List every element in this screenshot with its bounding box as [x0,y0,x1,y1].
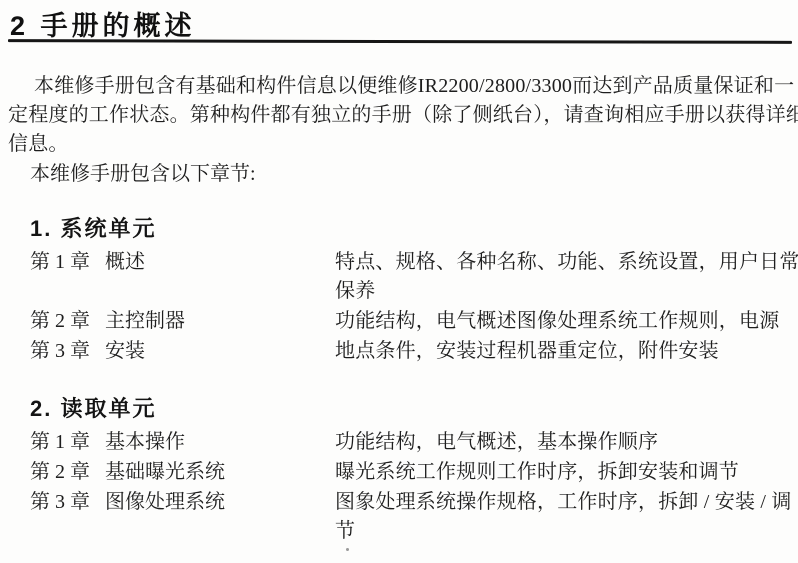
chapters-lead-text: 本维修手册包含以下章节: [8,160,256,189]
chapter-description: 曝光系统工作规则工作时序，拆卸安装和调节 [335,458,792,487]
description-line: 地点条件，安装过程机器重定位，附件安装 [335,337,792,366]
table-row: 第 2 章 基础曝光系统 曝光系统工作规则工作时序，拆卸安装和调节 [30,458,792,487]
intro-line-1: 本维修手册包含有基础和构件信息以便维修IR2200/2800/3300而达到产品… [8,72,794,101]
chapter-label: 第 2 章 [30,458,105,487]
table-row: 第 1 章 概述 特点、规格、各种名称、功能、系统设置，用户日常 保养 [30,248,792,306]
intro-paragraph: 本维修手册包含有基础和构件信息以便维修IR2200/2800/3300而达到产品… [8,72,794,159]
table-row: 第 3 章 图像处理系统 图象处理系统操作规格，工作时序，拆卸 / 安装 / 调… [30,488,792,546]
table-row: 第 2 章 主控制器 功能结构，电气概述图像处理系统工作规则，电源 [30,307,792,336]
chapter-label: 第 1 章 [30,428,105,457]
section-1-heading: 1. 系统单元 [30,212,156,243]
chapter-name: 概述 [105,248,335,306]
description-line: 功能结构，电气概述，基本操作顺序 [335,428,792,457]
description-line: 图象处理系统操作规格，工作时序，拆卸 / 安装 / 调 [335,488,792,517]
chapter-label: 第 1 章 [30,248,105,306]
section-2-rows: 第 1 章 基本操作 功能结构，电气概述，基本操作顺序 第 2 章 基础曝光系统… [30,428,792,547]
section-1-rows: 第 1 章 概述 特点、规格、各种名称、功能、系统设置，用户日常 保养 第 2 … [30,248,792,367]
chapter-label: 第 3 章 [30,488,105,546]
chapter-label: 第 3 章 [30,337,105,366]
title-underline-rule [8,39,792,44]
table-row: 第 3 章 安装 地点条件，安装过程机器重定位，附件安装 [30,337,792,366]
intro-line-2: 定程度的工作状态。第种构件都有独立的手册（除了侧纸台），请查询相应手册以获得详细 [8,101,794,130]
description-line: 保养 [335,277,798,306]
chapter-label: 第 2 章 [30,307,105,336]
page-title: 2 手册的概述 [10,4,196,43]
description-line: 特点、规格、各种名称、功能、系统设置，用户日常 [335,248,798,277]
manual-page: 2 手册的概述 本维修手册包含有基础和构件信息以便维修IR2200/2800/3… [0,0,798,563]
scan-speck [346,548,349,551]
chapter-description: 特点、规格、各种名称、功能、系统设置，用户日常 保养 [335,248,798,306]
chapter-name: 基本操作 [105,428,335,457]
chapter-name: 主控制器 [105,307,335,336]
description-line: 节 [335,517,792,546]
description-line: 曝光系统工作规则工作时序，拆卸安装和调节 [335,458,792,487]
chapter-description: 地点条件，安装过程机器重定位，附件安装 [335,337,792,366]
chapter-description: 功能结构，电气概述，基本操作顺序 [335,428,792,457]
table-row: 第 1 章 基本操作 功能结构，电气概述，基本操作顺序 [30,428,792,457]
chapter-description: 图象处理系统操作规格，工作时序，拆卸 / 安装 / 调 节 [335,488,792,546]
chapter-name: 图像处理系统 [105,488,335,546]
intro-line-3: 信息。 [8,130,794,159]
chapter-name: 安装 [105,337,335,366]
section-2-heading: 2. 读取单元 [30,392,156,423]
description-line: 功能结构，电气概述图像处理系统工作规则，电源 [335,307,792,336]
chapter-description: 功能结构，电气概述图像处理系统工作规则，电源 [335,307,792,336]
chapter-name: 基础曝光系统 [105,458,335,487]
